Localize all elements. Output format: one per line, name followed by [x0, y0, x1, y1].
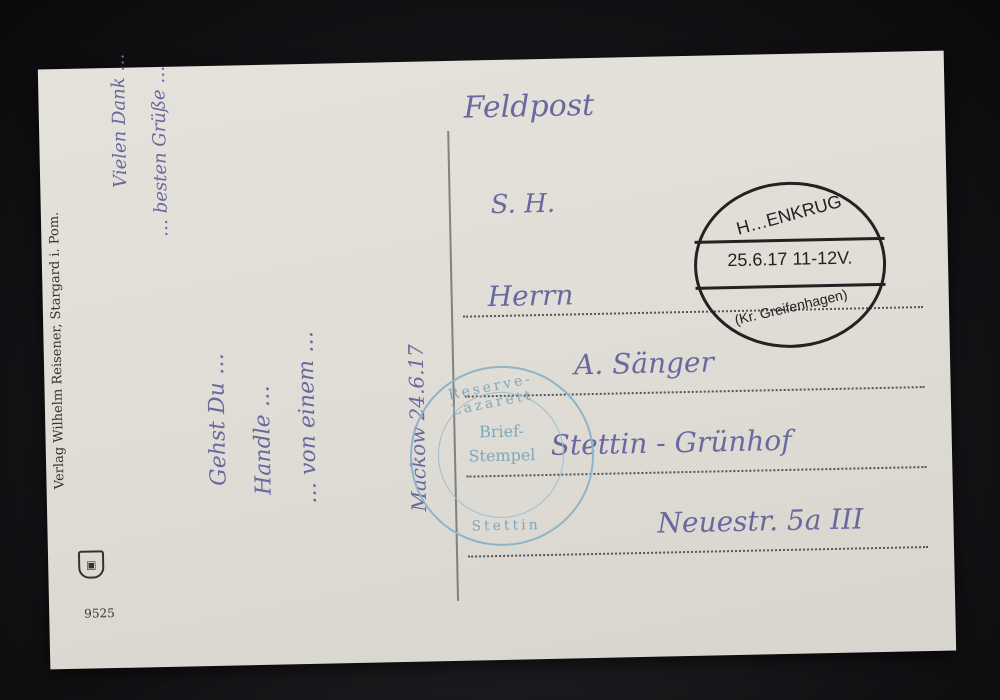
publisher-imprint: Verlag Wilhelm Reisener, Stargard i. Pom…	[47, 212, 68, 490]
catalog-number: 9525	[84, 606, 115, 621]
address-line: Neuestr. 5a III	[657, 502, 864, 539]
stamp-center-text: Brief-	[411, 420, 591, 443]
address-rule	[468, 546, 928, 558]
stamp-center-text: Stempel	[412, 444, 592, 467]
stamp-city-text: Stettin	[471, 517, 541, 534]
hospital-censor-stamp: Reserve-Lazarett Brief- Stempel Stettin	[408, 364, 596, 548]
postcard: Verlag Wilhelm Reisener, Stargard i. Pom…	[38, 51, 956, 670]
address-line: Herrn	[487, 278, 573, 313]
postmark-date: 25.6.17 11-12V.	[697, 247, 883, 272]
feldpost-header: Feldpost	[463, 88, 594, 126]
message-line: … von einem …	[293, 331, 322, 504]
address-line: S. H.	[490, 189, 555, 220]
message-line: Vielen Dank …	[108, 53, 132, 188]
postmark-stamp: H…ENKRUG 25.6.17 11-12V. (Kr. Greifenhag…	[692, 180, 887, 350]
publisher-logo-icon: ▣	[78, 550, 105, 579]
address-line: A. Sänger	[574, 345, 714, 381]
message-line: Handle …	[249, 385, 276, 495]
message-line: Gehst Du …	[204, 353, 232, 486]
message-line: … besten Grüße …	[148, 65, 173, 237]
